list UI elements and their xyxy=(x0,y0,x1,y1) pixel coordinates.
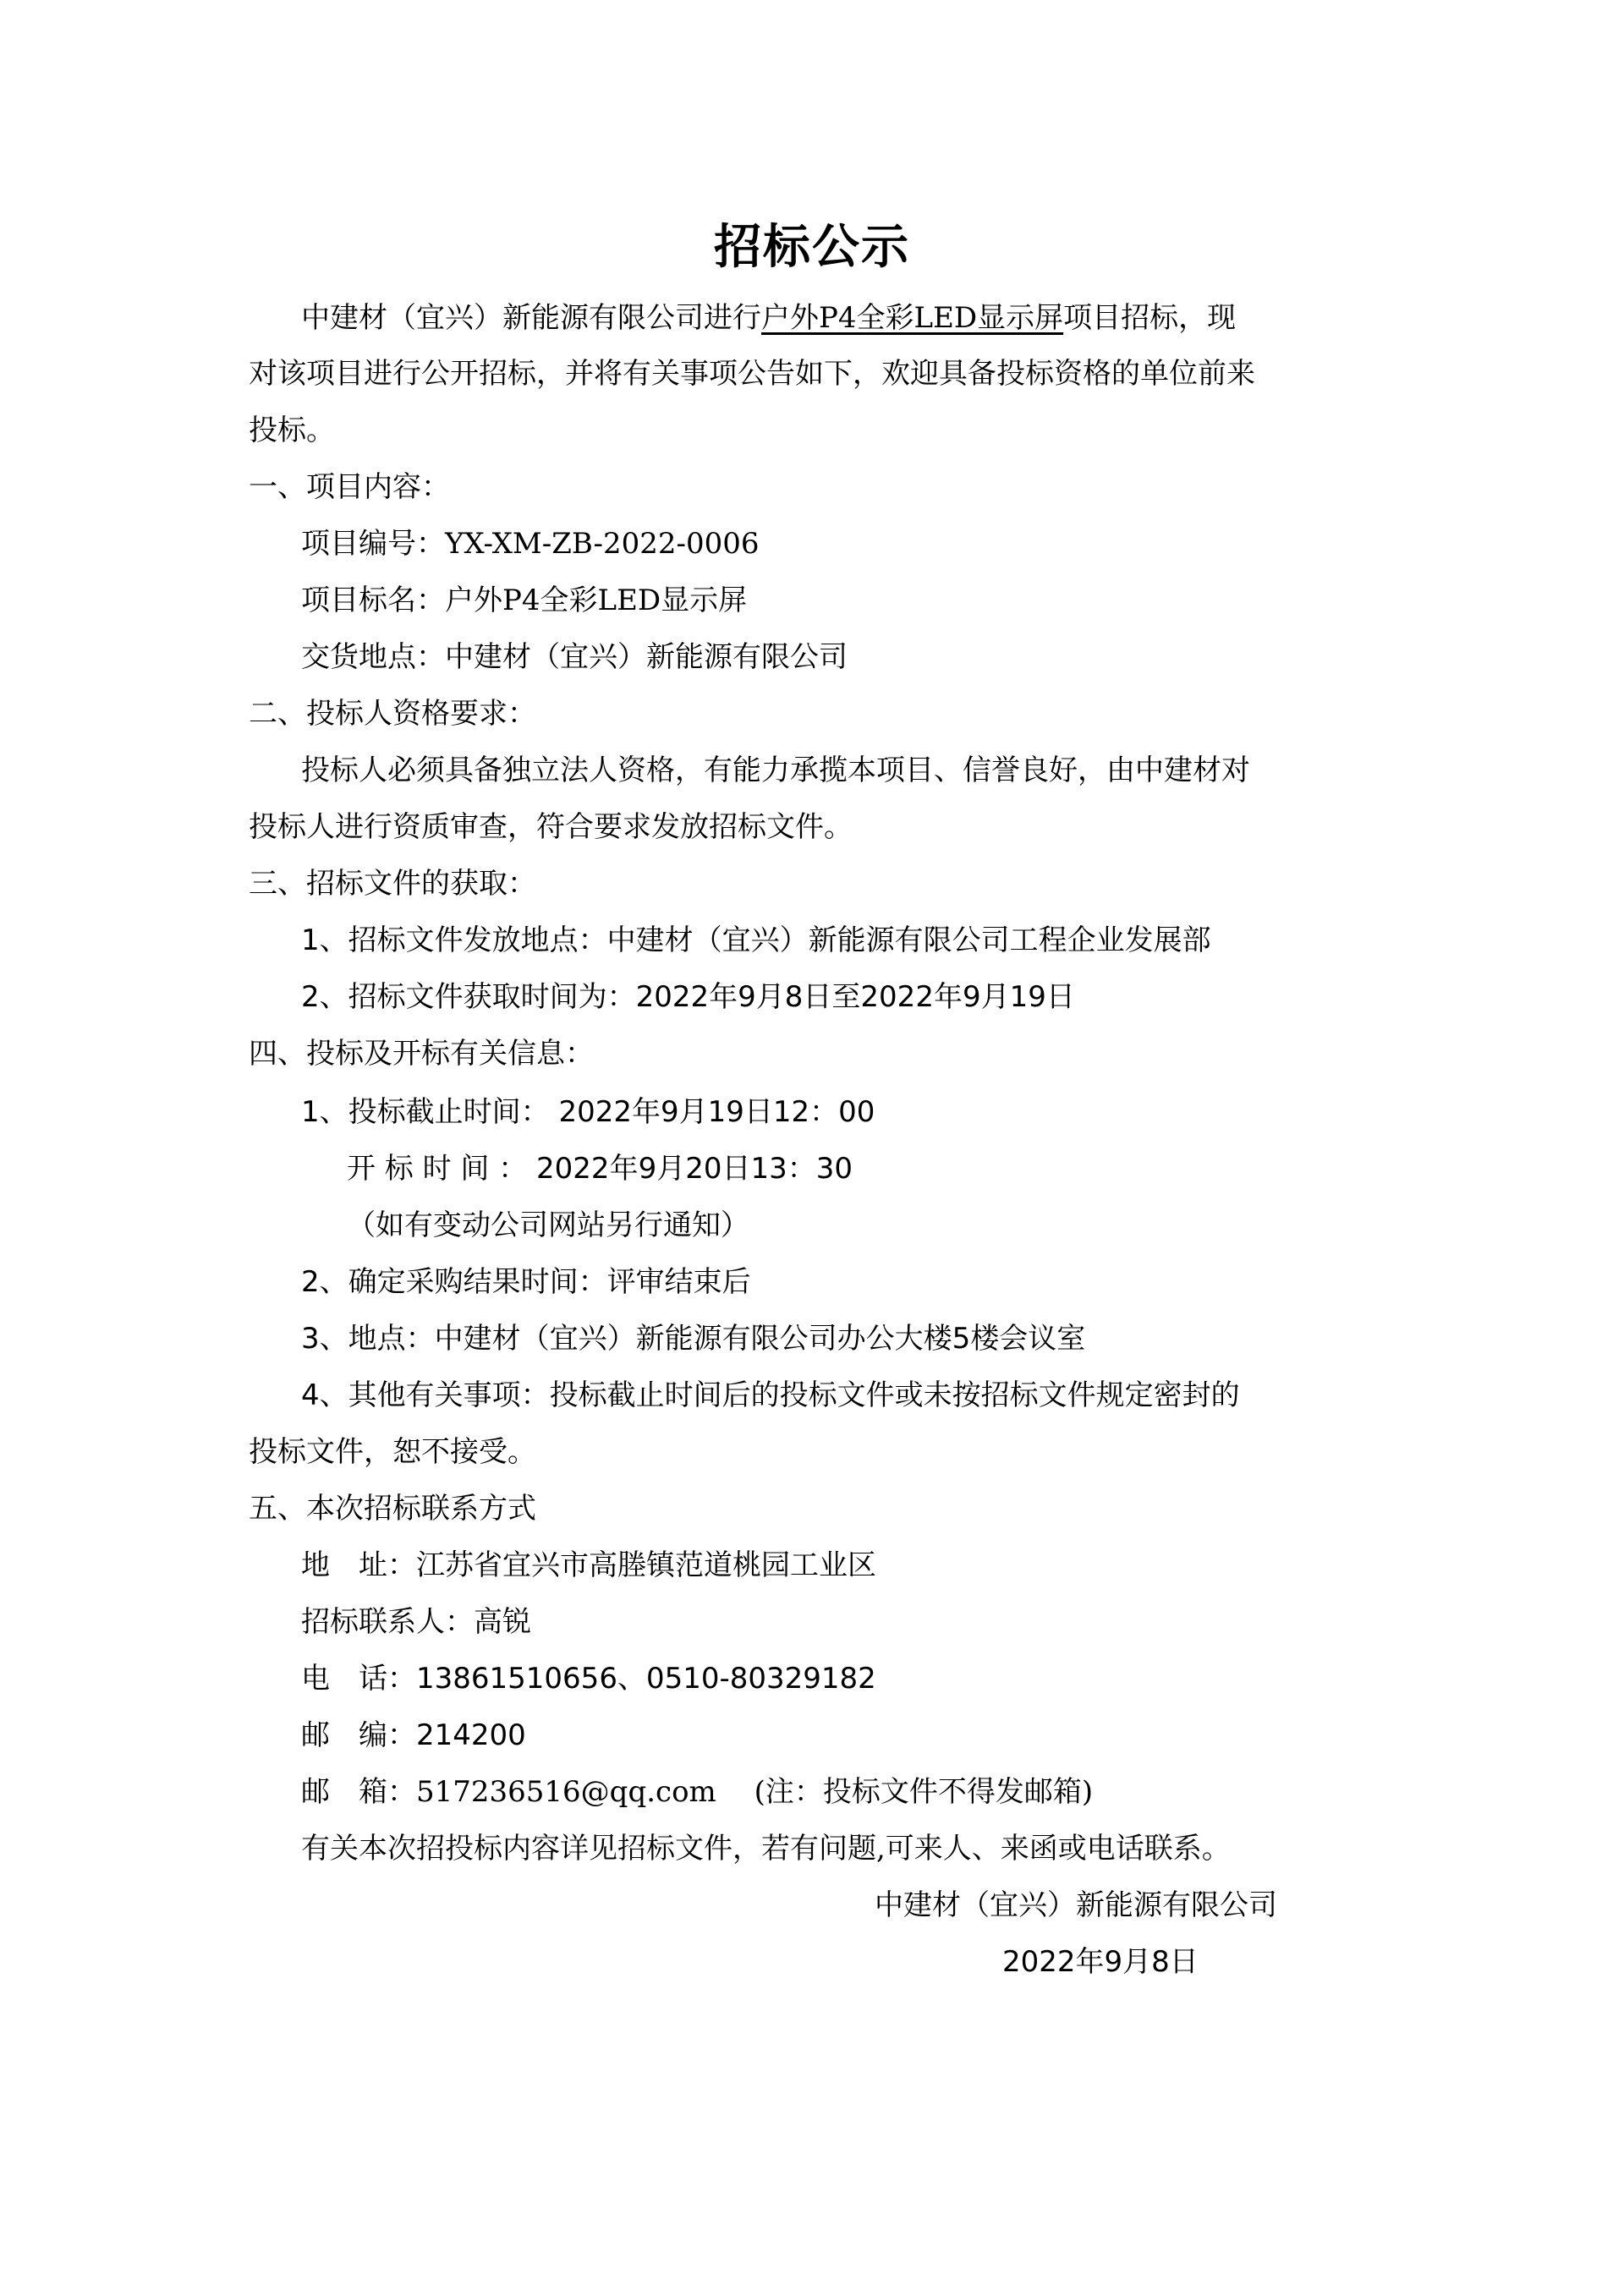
intro-line-1: 中建材（宜兴）新能源有限公司进行户外P4全彩LED显示屏项目招标，现 xyxy=(301,299,1236,337)
bid-deadline: 1、投标截止时间： 2022年9月19日12：00 xyxy=(301,1093,875,1131)
delivery-location: 交货地点：中建材（宜兴）新能源有限公司 xyxy=(301,638,848,676)
other-matters-line-2: 投标文件，恕不接受。 xyxy=(249,1433,536,1471)
intro-text: 中建材（宜兴）新能源有限公司进行 xyxy=(301,301,761,335)
closing-statement: 有关本次招投标内容详见招标文件，若有问题,可来人、来函或电话联系。 xyxy=(301,1830,1231,1867)
project-name: 项目标名：户外P4全彩LED显示屏 xyxy=(301,582,747,619)
intro-line-3: 投标。 xyxy=(249,412,335,449)
bid-opening-time: 开 标 时 间 ： 2022年9月20日13：30 xyxy=(347,1150,853,1187)
section3-heading: 三、招标文件的获取： xyxy=(249,865,536,902)
section4-heading: 四、投标及开标有关信息： xyxy=(249,1035,594,1072)
signature-date: 2022年9月8日 xyxy=(1002,1943,1199,1981)
intro-line-2: 对该项目进行公开招标，并将有关事项公告如下，欢迎具备投标资格的单位前来 xyxy=(249,355,1255,392)
page-title: 招标公示 xyxy=(0,210,1624,277)
result-time: 2、确定采购结果时间：评审结束后 xyxy=(301,1263,751,1301)
document-period: 2、招标文件获取时间为：2022年9月8日至2022年9月19日 xyxy=(301,978,1075,1016)
other-matters-line-1: 4、其他有关事项：投标截止时间后的投标文件或未按招标文件规定密封的 xyxy=(301,1377,1240,1414)
section1-heading: 一、项目内容： xyxy=(249,469,450,506)
contact-email: 邮 箱：517236516@qq.com (注：投标文件不得发邮箱) xyxy=(301,1773,1093,1811)
project-name-underlined: 户外P4全彩LED显示屏 xyxy=(761,301,1063,335)
document-location: 1、招标文件发放地点：中建材（宜兴）新能源有限公司工程企业发展部 xyxy=(301,922,1211,959)
section5-heading: 五、本次招标联系方式 xyxy=(249,1490,536,1527)
meeting-location: 3、地点：中建材（宜兴）新能源有限公司办公大楼5楼会议室 xyxy=(301,1320,1085,1357)
qualification-line-2: 投标人进行资质审查，符合要求发放招标文件。 xyxy=(249,808,853,846)
project-number: 项目编号：YX-XM-ZB-2022-0006 xyxy=(301,525,760,562)
contact-postcode: 邮 编：214200 xyxy=(301,1717,526,1754)
section2-heading: 二、投标人资格要求： xyxy=(249,695,536,732)
contact-address: 地 址：江苏省宜兴市高塍镇范道桃园工业区 xyxy=(301,1547,876,1584)
signature-company: 中建材（宜兴）新能源有限公司 xyxy=(875,1887,1277,1924)
qualification-line-1: 投标人必须具备独立法人资格，有能力承揽本项目、信誉良好，由中建材对 xyxy=(301,752,1250,789)
intro-text: 项目招标，现 xyxy=(1063,301,1236,335)
contact-phone: 电 话：13861510656、0510-80329182 xyxy=(301,1660,876,1697)
change-note: （如有变动公司网站另行通知） xyxy=(347,1207,749,1244)
contact-person: 招标联系人：高锐 xyxy=(301,1603,531,1641)
